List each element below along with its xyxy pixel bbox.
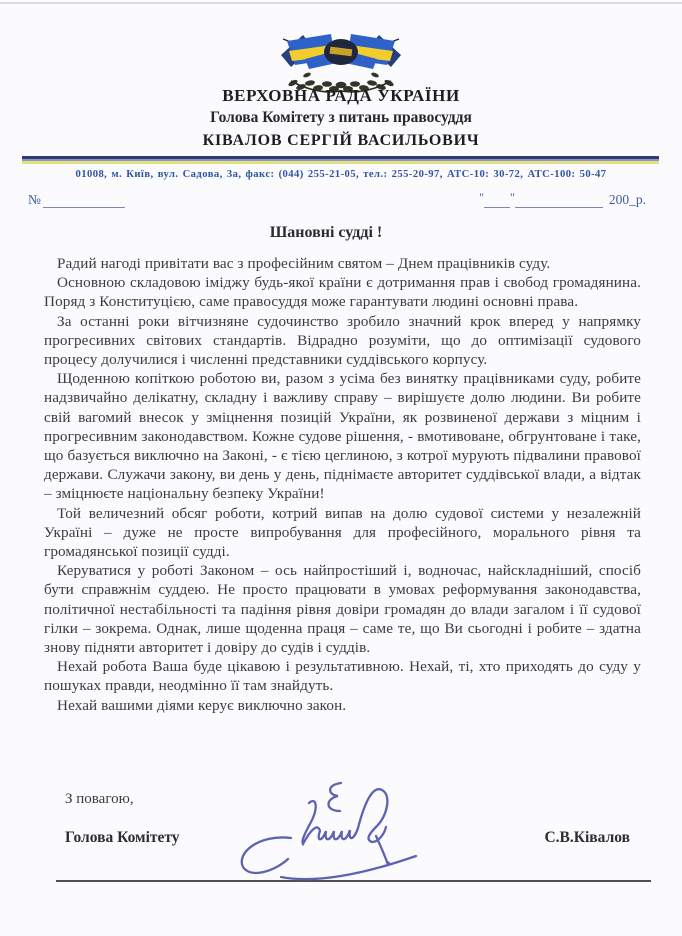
salutation: Шановні судді ! [0, 224, 652, 242]
paragraph: Щоденною копіткою роботою ви, разом з ус… [44, 369, 641, 503]
flag-tricolor-divider [22, 156, 659, 164]
committee-title: Голова Комітету з питань правосуддя [0, 109, 682, 127]
divider-yellow-band [22, 161, 659, 164]
paragraph: Нехай вашими діями керує виключно закон. [44, 696, 641, 715]
document-number-blank [43, 194, 125, 208]
letter-body: Радий нагоді привітати вас з професійним… [44, 254, 641, 778]
official-name: КІВАЛОВ СЕРГІЙ ВАСИЛЬОВИЧ [0, 132, 682, 150]
year-template: 200_р. [609, 192, 646, 207]
paragraph: Радий нагоді привітати вас з професійним… [44, 254, 641, 273]
paragraph: Керуватися у роботі Законом – ось найпро… [44, 561, 641, 657]
paragraph: Нехай робота Ваша буде цікавою і результ… [44, 657, 641, 695]
letter-page: ВЕРХОВНА РАДА УКРАЇНИ Голова Комітету з … [0, 0, 682, 936]
reference-line: № ""200_р. [28, 190, 646, 210]
contact-info-line: 01008, м. Київ, вул. Садова, 3а, факс: (… [0, 169, 682, 180]
closing-phrase: З повагою, [65, 791, 134, 808]
signer-name: С.В.Ківалов [544, 829, 630, 847]
handwritten-signature-icon [225, 765, 455, 890]
date-group: ""200_р. [479, 192, 646, 208]
scan-edge-line [0, 2, 682, 4]
organization-title: ВЕРХОВНА РАДА УКРАЇНИ [0, 86, 682, 106]
date-day-blank [484, 194, 510, 208]
paragraph: Основною складовою іміджу будь-якої краї… [44, 273, 641, 311]
paragraph: За останні роки вітчизняне судочинство з… [44, 312, 641, 370]
close-quote: " [510, 190, 515, 204]
document-number-label: № [28, 192, 41, 207]
paragraph: Той величезний обсяг роботи, котрий випа… [44, 504, 641, 562]
date-month-blank [515, 194, 603, 208]
open-quote: " [479, 190, 484, 204]
document-number-group: № [28, 192, 125, 208]
signer-title: Голова Комітету [65, 829, 180, 847]
